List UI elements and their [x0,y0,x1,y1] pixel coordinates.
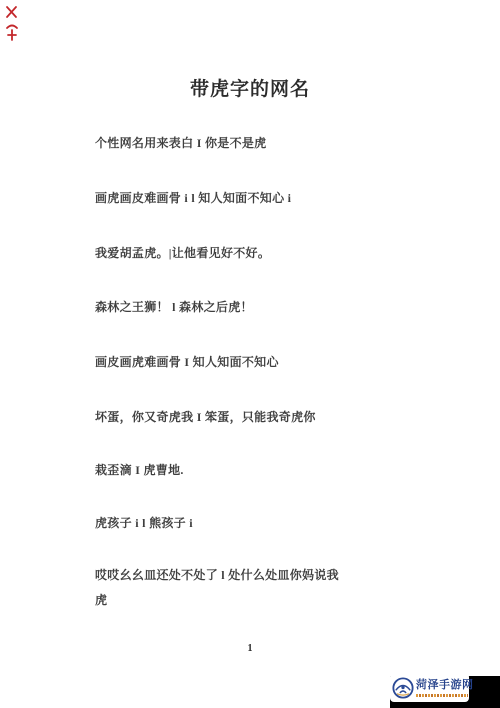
text-line: 虎孩子 i l 熊孩子 i [95,514,193,531]
site-watermark: 菏泽手游网 [390,673,469,702]
text-line: 坏蛋，你又奇虎我 I 笨蛋，只能我奇虎你 [95,408,316,425]
page-number: 1 [0,643,500,654]
text-line: 栽歪滴 I 虎曹地. [95,461,184,478]
text-line: 森林之王狮！ l 森林之后虎！ [95,298,253,315]
text-line: 画虎画皮难画骨 i l 知人知面不知心 i [95,189,291,206]
site-name: 菏泽手游网 [416,679,474,692]
site-watermark-text: 菏泽手游网 [416,679,474,697]
text-line: 画皮画虎难画骨 I 知人知面不知心 [95,353,279,370]
heze-logo-icon [392,677,414,699]
page-title: 带虎字的网名 [0,74,500,101]
site-tagline-bar [416,694,468,697]
text-line: 哎哎幺幺皿还处不处了 l 处什么处皿你妈说我 [95,566,339,583]
text-line-continuation: 虎 [95,591,107,608]
document-page: { "page": { "title": "带虎字的网名", "lines": … [0,0,500,708]
red-ink-marks [4,4,20,42]
text-line: 个性网名用来表白 I 你是不是虎 [95,134,266,151]
text-line: 我爱胡孟虎。|让他看见好不好。 [95,244,270,261]
